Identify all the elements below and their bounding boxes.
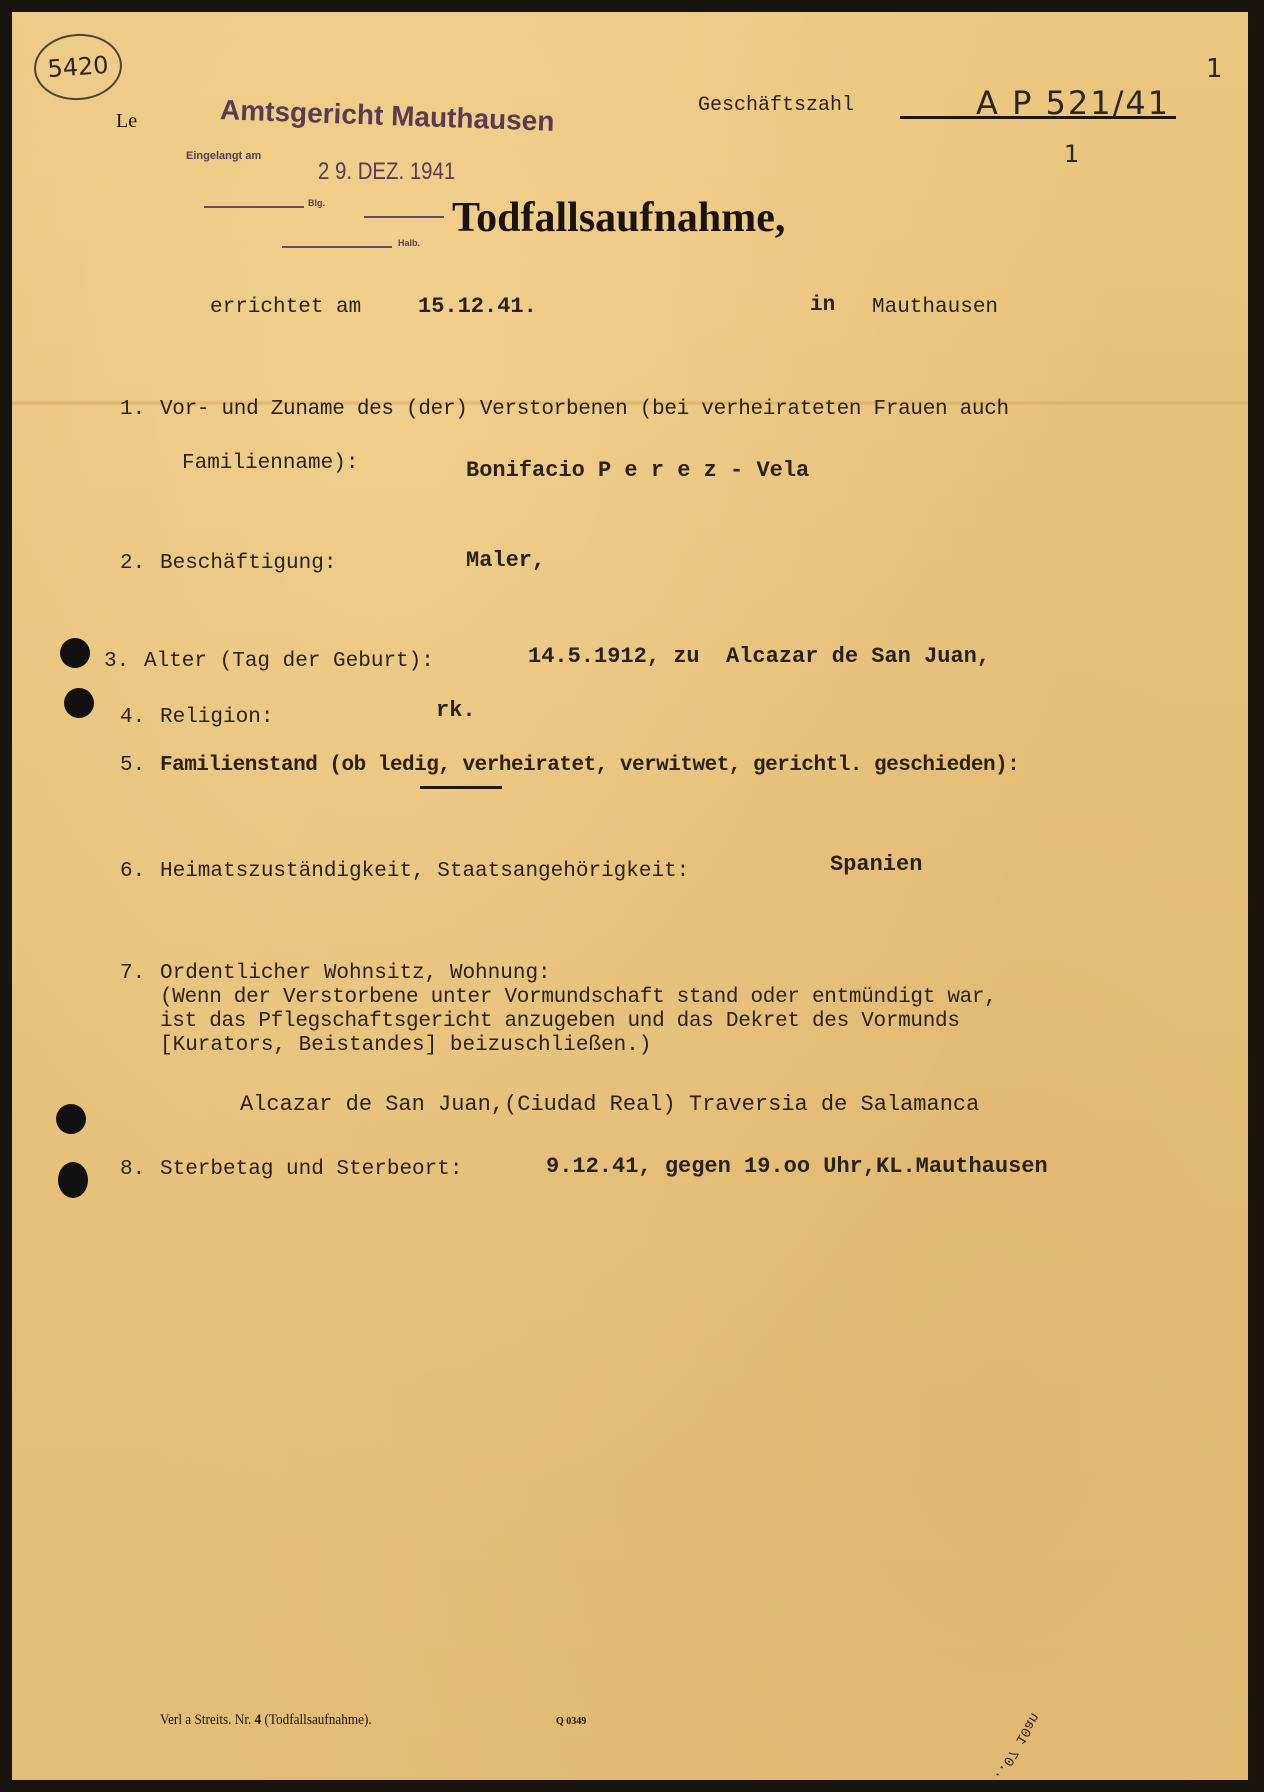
stamp-line: [364, 216, 444, 218]
item-8-label: Sterbetag und Sterbeort:: [160, 1158, 462, 1181]
item-4-label: Religion:: [160, 706, 273, 729]
established-label: errichtet am: [210, 296, 361, 319]
punch-hole: [60, 638, 90, 668]
item-4-number: 4.: [120, 706, 145, 729]
document-title: Todfallsaufnahme,: [452, 194, 785, 242]
item-3-label: Alter (Tag der Geburt):: [144, 650, 434, 673]
item-5-number: 5.: [120, 754, 145, 777]
corner-page-mark: 1: [1206, 54, 1223, 84]
item-1-label-cont: Familienname):: [182, 452, 358, 475]
item-6-value: Spanien: [830, 852, 922, 877]
established-date: 15.12.41.: [418, 294, 537, 319]
case-number-value: A P 521/41: [976, 84, 1170, 122]
punch-hole: [58, 1162, 88, 1198]
item-6-number: 6.: [120, 860, 145, 883]
item-1-value: Bonifacio P e r e z - Vela: [466, 458, 809, 483]
item-5-ledig-underline: [420, 786, 502, 789]
stamp-received-label: Eingelangt am: [186, 150, 261, 162]
item-7-label: Ordentlicher Wohnsitz, Wohnung:: [160, 962, 551, 985]
item-1-label: Vor- und Zuname des (der) Verstorbenen (…: [160, 398, 1009, 421]
footer-print-code: Q 0349: [556, 1716, 586, 1727]
item-4-value: rk.: [436, 698, 476, 723]
stamp-received-date: 2 9. DEZ. 1941: [318, 158, 455, 186]
case-number-label: Geschäftszahl: [698, 94, 854, 117]
item-8-number: 8.: [120, 1158, 145, 1181]
archive-number: 5420: [47, 51, 110, 83]
item-7-note-line: (Wenn der Verstorbene unter Vormundschaf…: [160, 986, 997, 1009]
document-page: 5420 1 Le Amtsgericht Mauthausen Eingela…: [12, 12, 1248, 1780]
footer-form-name: (Todfallsaufnahme).: [264, 1712, 371, 1728]
court-stamp: Amtsgericht Mauthausen: [220, 94, 555, 138]
case-number-submark: 1: [1064, 140, 1079, 168]
item-5-label: Familienstand (ob ledig, verheiratet, ve…: [160, 754, 1019, 777]
item-7-note-line: [Kurators, Beistandes] beizuschließen.): [160, 1034, 651, 1057]
item-2-label: Beschäftigung:: [160, 552, 336, 575]
item-3-value: 14.5.1912, zu Alcazar de San Juan,: [528, 644, 990, 669]
item-8-value: 9.12.41, gegen 19.oo Uhr,KL.Mauthausen: [546, 1154, 1048, 1179]
stamp-line: [204, 206, 304, 208]
punch-hole: [56, 1104, 86, 1134]
item-7-value: Alcazar de San Juan,(Ciudad Real) Traver…: [240, 1092, 979, 1117]
item-7-number: 7.: [120, 962, 145, 985]
footer-form-ref: Verl a Streits. Nr. 4 (Todfallsaufnahme)…: [160, 1712, 372, 1729]
item-2-number: 2.: [120, 552, 145, 575]
item-3-number: 3.: [104, 650, 129, 673]
established-place-label: in: [810, 294, 835, 317]
item-6-label: Heimatszuständigkeit, Staatsangehörigkei…: [160, 860, 689, 883]
prefix-label: Le: [116, 110, 137, 133]
item-1-number: 1.: [120, 398, 145, 421]
stamp-subfield-blg: Blg.: [308, 198, 325, 208]
footer-form-number: 4: [255, 1712, 262, 1728]
archive-number-circle: 5420: [32, 31, 124, 103]
stamp-line: [282, 246, 392, 248]
punch-hole: [64, 688, 94, 718]
established-place: Mauthausen: [872, 296, 998, 319]
item-2-value: Maler,: [466, 548, 545, 573]
item-7-note-line: ist das Pflegschaftsgericht anzugeben un…: [160, 1010, 960, 1033]
stamp-subfield-halb: Halb.: [398, 238, 420, 248]
footer-rotated-stamp: ...07 10an: [986, 1710, 1042, 1791]
footer-form-label: Verl a Streits. Nr.: [160, 1712, 251, 1728]
